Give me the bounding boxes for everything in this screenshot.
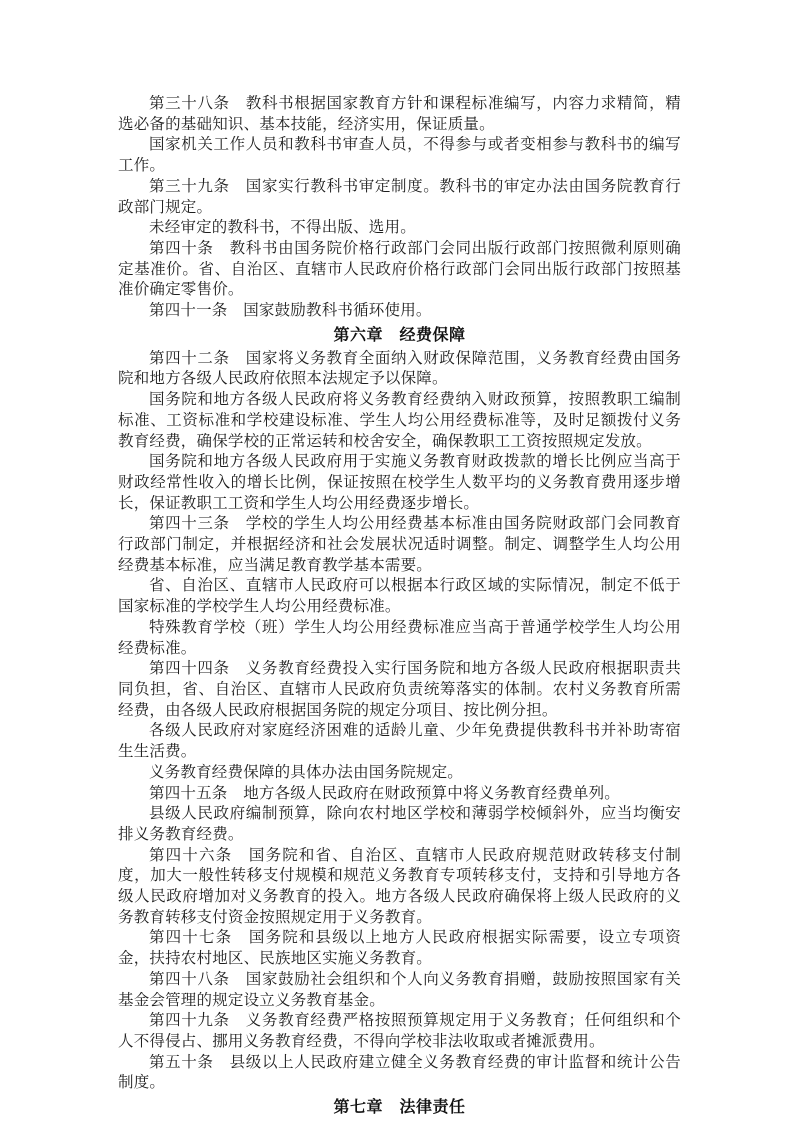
article-paragraph: 国家机关工作人员和教科书审查人员，不得参与或者变相参与教科书的编写工作。: [118, 135, 681, 176]
article-paragraph: 第四十六条 国务院和省、自治区、直辖市人民政府规范财政转移支付制度，加大一般性转…: [118, 846, 681, 929]
chapter-heading: 第六章 经费保障: [118, 325, 681, 346]
chapter-heading: 第七章 法律责任: [118, 1097, 681, 1118]
article-paragraph: 特殊教育学校（班）学生人均公用经费标准应当高于普通学校学生人均公用经费标准。: [118, 618, 681, 659]
article-paragraph: 义务教育经费保障的具体办法由国务院规定。: [118, 763, 681, 784]
article-paragraph: 第四十五条 地方各级人民政府在财政预算中将义务教育经费单列。: [118, 784, 681, 805]
article-paragraph: 第四十三条 学校的学生人均公用经费基本标准由国务院财政部门会同教育行政部门制定，…: [118, 514, 681, 576]
article-paragraph: 各级人民政府对家庭经济困难的适龄儿童、少年免费提供教科书并补助寄宿生生活费。: [118, 721, 681, 762]
article-paragraph: 第四十四条 义务教育经费投入实行国务院和地方各级人民政府根据职责共同负担，省、自…: [118, 659, 681, 721]
article-paragraph: 国务院和地方各级人民政府用于实施义务教育财政拨款的增长比例应当高于财政经常性收入…: [118, 452, 681, 514]
article-paragraph: 第三十九条 国家实行教科书审定制度。教科书的审定办法由国务院教育行政部门规定。: [118, 177, 681, 218]
article-paragraph: 未经审定的教科书，不得出版、选用。: [118, 218, 681, 239]
article-paragraph: 第四十条 教科书由国务院价格行政部门会同出版行政部门按照微利原则确定基准价。省、…: [118, 239, 681, 301]
article-paragraph: 第五十条 县级以上人民政府建立健全义务教育经费的审计监督和统计公告制度。: [118, 1053, 681, 1094]
article-paragraph: 第四十八条 国家鼓励社会组织和个人向义务教育捐赠，鼓励按照国家有关基金会管理的规…: [118, 970, 681, 1011]
article-paragraph: 县级人民政府编制预算，除向农村地区学校和薄弱学校倾斜外，应当均衡安排义务教育经费…: [118, 804, 681, 845]
article-paragraph: 第四十二条 国家将义务教育全面纳入财政保障范围，义务教育经费由国务院和地方各级人…: [118, 349, 681, 390]
article-paragraph: 第四十一条 国家鼓励教科书循环使用。: [118, 301, 681, 322]
article-paragraph: 第四十九条 义务教育经费严格按照预算规定用于义务教育；任何组织和个人不得侵占、挪…: [118, 1011, 681, 1052]
article-paragraph: 第三十八条 教科书根据国家教育方针和课程标准编写，内容力求精简，精选必备的基础知…: [118, 94, 681, 135]
article-paragraph: 国务院和地方各级人民政府将义务教育经费纳入财政预算，按照教职工编制标准、工资标准…: [118, 390, 681, 452]
document-page: 第三十八条 教科书根据国家教育方针和课程标准编写，内容力求精简，精选必备的基础知…: [0, 0, 793, 1122]
article-paragraph: 省、自治区、直辖市人民政府可以根据本行政区域的实际情况，制定不低于国家标准的学校…: [118, 576, 681, 617]
article-paragraph: 第四十七条 国务院和县级以上地方人民政府根据实际需要，设立专项资金，扶持农村地区…: [118, 928, 681, 969]
